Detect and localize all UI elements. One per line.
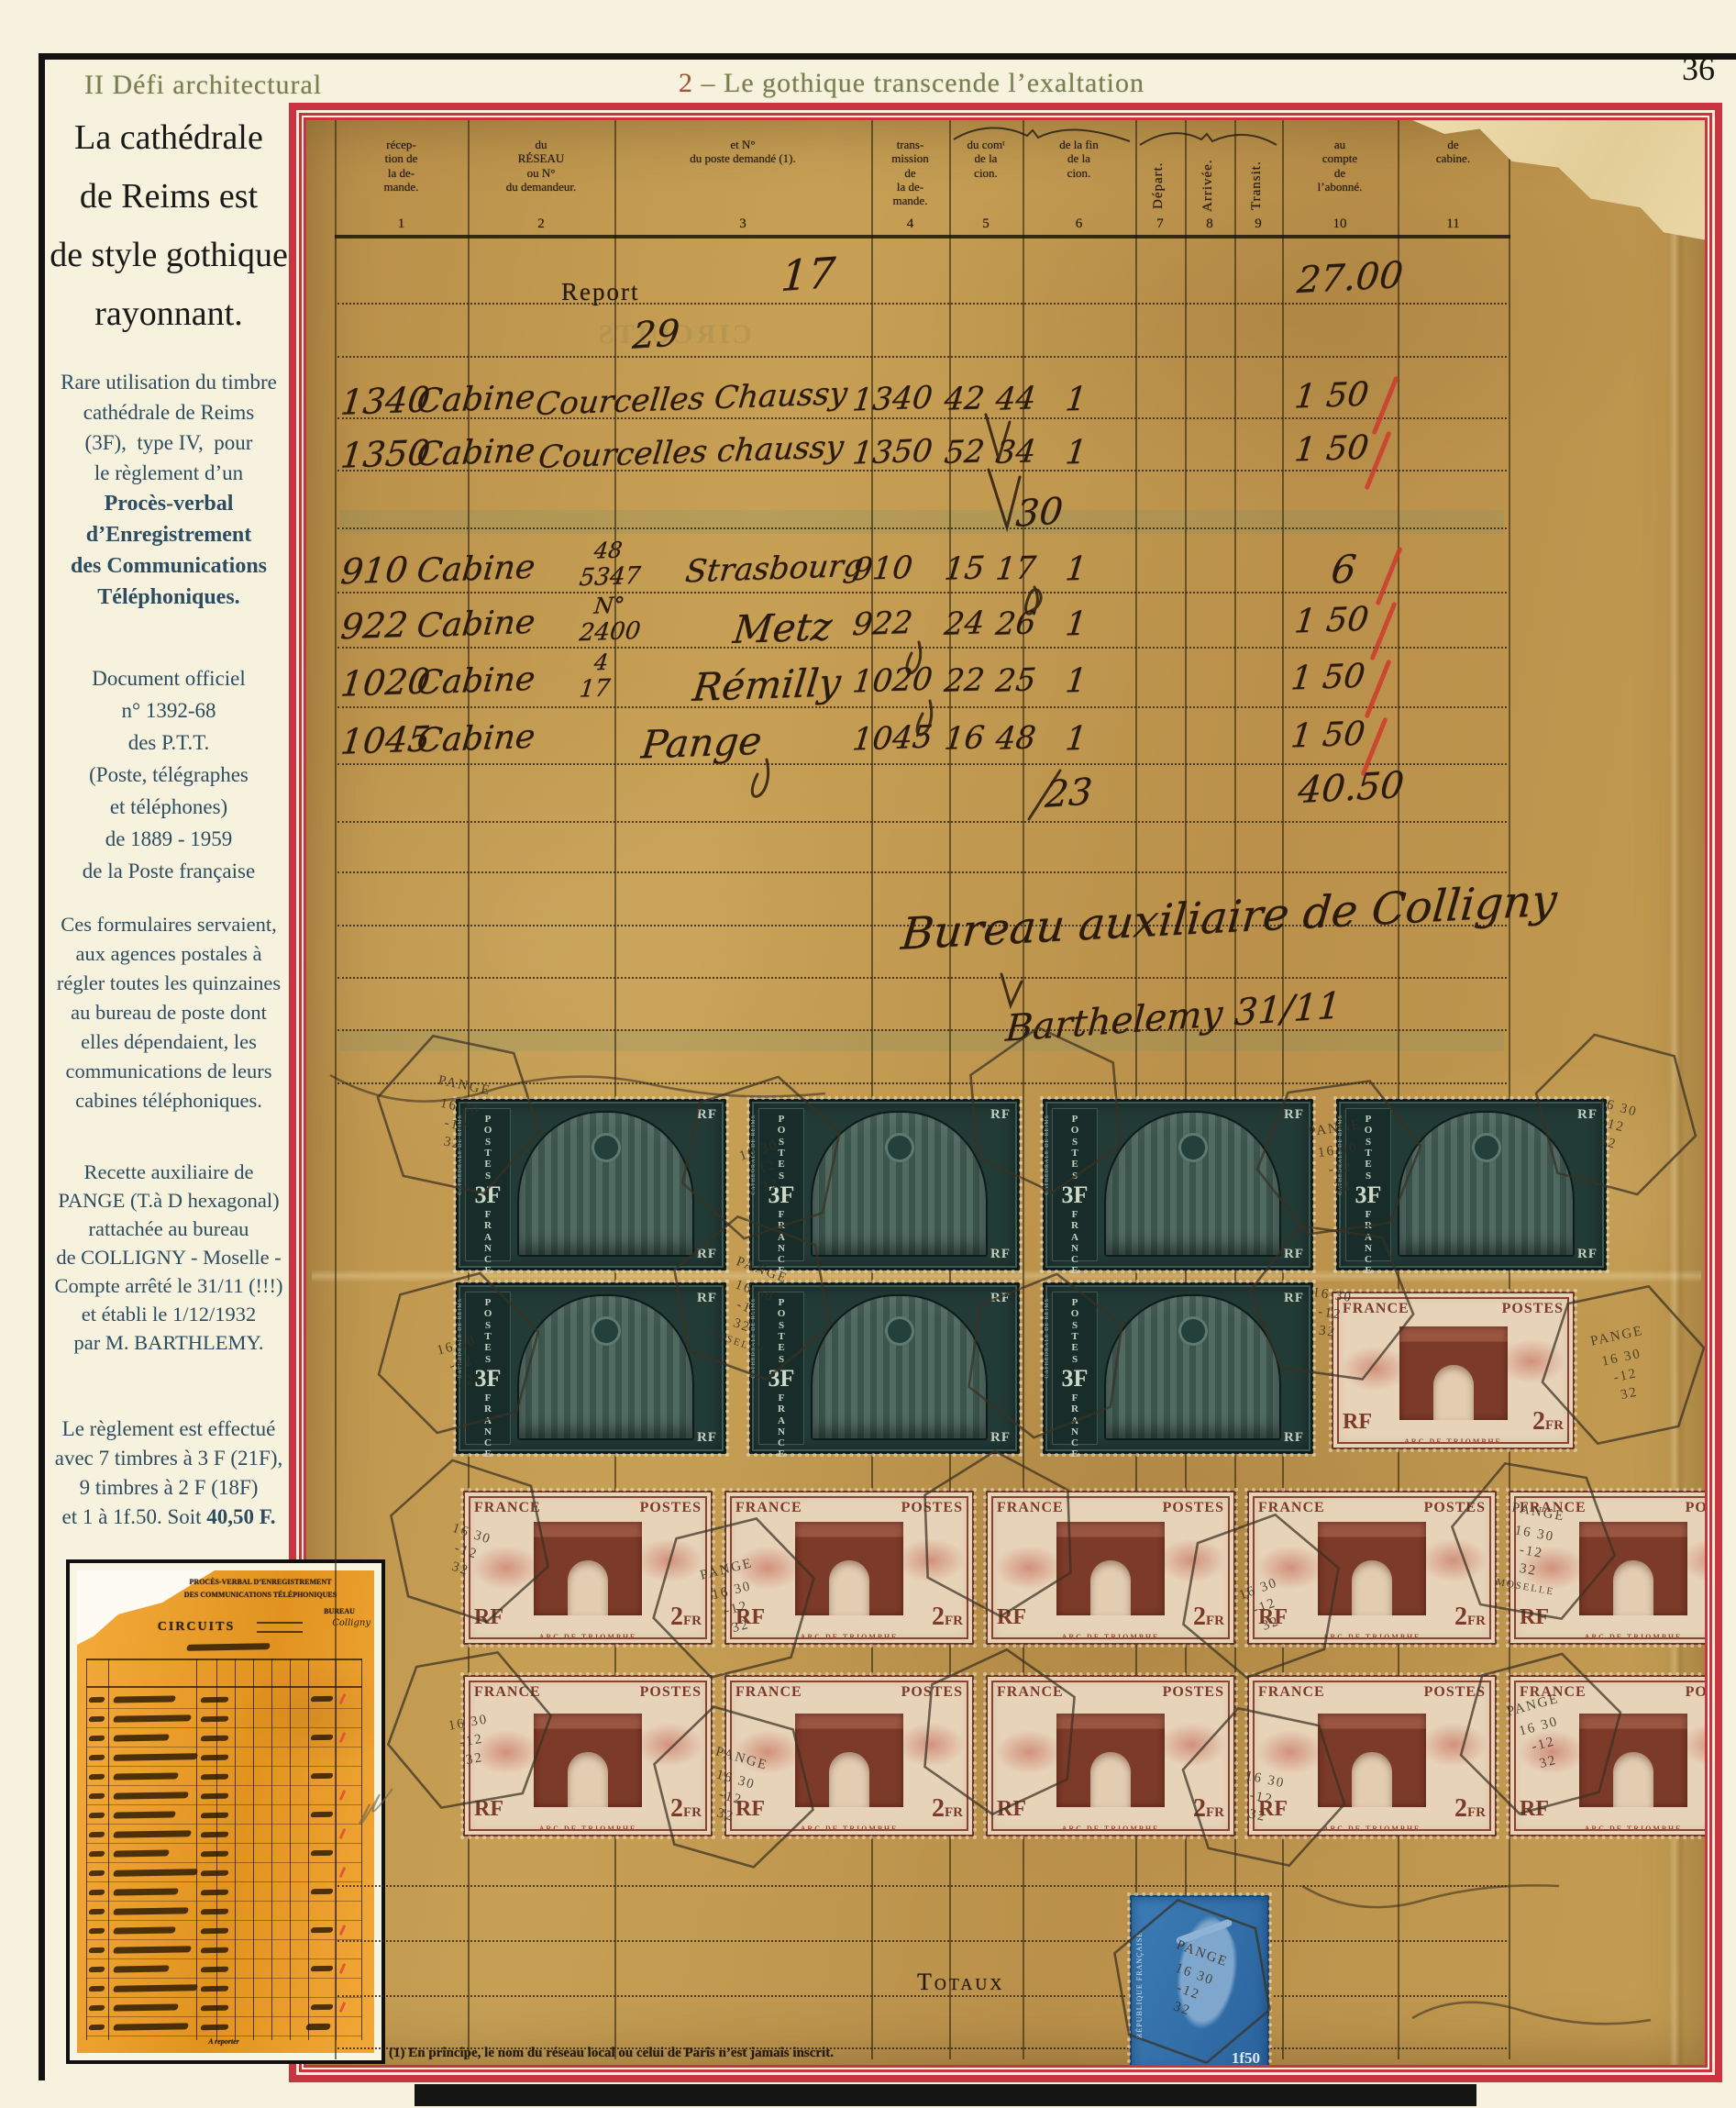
postmark-hour: 16 30 xyxy=(1311,1285,1354,1305)
thumbnail-detail xyxy=(200,1716,229,1723)
postmark-town: PANGE xyxy=(1510,1501,1566,1525)
sidebar-paragraph-3: Ces formulaires servaient, aux agences p… xyxy=(44,910,293,1115)
thumbnail-detail xyxy=(271,1659,272,2040)
thumbnail-detail xyxy=(113,1965,169,1972)
cancel-squiggles xyxy=(330,1075,1651,2024)
hexagonal-postmark: 16 30 -12 32 xyxy=(376,1646,563,1815)
hexagonal-postmark xyxy=(891,1432,1104,1636)
thumbnail-detail xyxy=(113,1946,192,1953)
postmark-region: MOSELLE xyxy=(1495,1577,1555,1598)
thumbnail-detail xyxy=(200,2025,229,2031)
album-frame-top xyxy=(39,53,1736,60)
postmark-year: 32 xyxy=(1598,1134,1618,1152)
postmark-date: -12 xyxy=(717,1787,744,1808)
thumbnail-detail xyxy=(88,1986,105,1992)
thumbnail-detail xyxy=(113,1772,179,1780)
postmark-date: -12 xyxy=(459,1732,484,1750)
hexagonal-postmark: 16 30 -12 32PANGE xyxy=(636,1509,831,1688)
thumbnail-detail xyxy=(200,1793,229,1800)
thumbnail-detail xyxy=(200,1870,229,1877)
thumbnail-detail xyxy=(113,1907,188,1914)
thumbnail-detail xyxy=(200,1986,229,1992)
page-title-sep: – xyxy=(693,68,724,98)
thumbnail-detail xyxy=(88,1793,105,1799)
postmark-hour: 16 30 xyxy=(1317,1140,1359,1160)
hexagonal-postmark: 16 30 -12 32 xyxy=(1159,1501,1363,1692)
postmark-hour: 16 30 xyxy=(1244,1769,1287,1792)
hexagonal-postmark: 16 30 -12 32PANGE xyxy=(363,1027,555,1202)
thumbnail-detail xyxy=(113,1869,198,1877)
thumbnail-detail xyxy=(113,2023,188,2030)
thumbnail-detail xyxy=(88,1774,105,1780)
thumbnail-detail xyxy=(235,1659,236,2040)
thumbnail-detail xyxy=(186,1643,271,1651)
postmark-date: -12 xyxy=(1612,1366,1639,1385)
cancellation-layer: 16 30 -12 32PANGE16 30 -12 3216 30 -12 3… xyxy=(306,120,1705,2065)
hexagonal-postmark: 16 30 -12 32PANGEMOSELLE xyxy=(1440,1457,1627,1626)
hexagonal-postmark: 16 30 -12 32PANGE xyxy=(1247,1075,1431,1240)
thumbnail-detail xyxy=(200,1813,229,1819)
postmark-year: 32 xyxy=(1519,1561,1538,1579)
hexagonal-postmark xyxy=(940,1010,1150,1209)
thumbnail-detail xyxy=(200,1928,229,1935)
album-page: II Défi architectural 2 – Le gothique tr… xyxy=(0,0,1736,2108)
thumbnail-detail xyxy=(200,1736,229,1742)
sidebar-paragraph-5: Le règlement est effectué avec 7 timbres… xyxy=(44,1415,293,1532)
thumbnail-detail xyxy=(113,1714,192,1722)
thumbnail-detail xyxy=(86,1659,87,2040)
postmark-region: MOSELLE xyxy=(706,1326,766,1357)
thumbnail-detail xyxy=(88,1697,105,1703)
thumbnail-detail xyxy=(88,1851,105,1857)
thumbnail-detail xyxy=(88,1870,105,1876)
thumbnail-detail xyxy=(200,1890,229,1896)
postmark-year: 32 xyxy=(759,1176,780,1195)
thumbnail-detail xyxy=(200,1774,229,1781)
page-title-text: Le gothique transcende l’exaltation xyxy=(724,68,1144,98)
sidebar-paragraph-4: Recette auxiliaire de PANGE (T.à D hexag… xyxy=(44,1158,293,1357)
thumbnail-detail xyxy=(113,1695,175,1703)
postmark-town: PANGE xyxy=(437,1073,492,1099)
postmark-hour: 16 30 xyxy=(439,1096,481,1119)
postmark-date: -12 xyxy=(452,1541,480,1562)
postmark-hour: 16 30 xyxy=(1518,1714,1560,1739)
document-red-frame: 16 30 -12 32PANGE16 30 -12 3216 30 -12 3… xyxy=(289,103,1722,2082)
thumbnail-detail xyxy=(88,1736,105,1741)
postmark-hour: 16 30 xyxy=(711,1579,753,1603)
thumbnail-detail xyxy=(200,1851,229,1858)
sidebar-headline: La cathédrale de Reims est de style goth… xyxy=(44,108,293,343)
thumbnail-detail xyxy=(88,1947,105,1953)
postmark-date: -12 xyxy=(448,1353,474,1373)
thumbnail-detail xyxy=(88,1928,105,1934)
postmark-date: -12 xyxy=(443,1115,470,1135)
hexagonal-postmark: 16 30 -12 32PANGE xyxy=(1090,1886,1294,2065)
sidebar-paragraph-1: Rare utilisation du timbre cathédrale de… xyxy=(44,367,293,613)
page-title-number: 2 xyxy=(679,68,693,98)
chapter-heading: II Défi architectural xyxy=(84,70,322,101)
thumbnail-detail xyxy=(113,1811,175,1818)
postmark-year: 32 xyxy=(731,1315,752,1336)
postmark-date: -12 xyxy=(1328,1159,1354,1177)
thumbnail-detail xyxy=(108,1659,109,2040)
thumbnail-detail xyxy=(196,1659,197,2040)
thumbnail-detail xyxy=(88,1967,105,1972)
hexagonal-postmark xyxy=(894,1632,1104,1831)
hexagonal-postmark: 16 30 -12 32PANGEMOSELLE xyxy=(650,1203,854,1393)
postmark-year: 32 xyxy=(1247,1807,1267,1825)
thumbnail-detail xyxy=(88,1909,105,1914)
sidebar-paragraph-5-total: 40,50 F. xyxy=(206,1505,275,1528)
thumbnail-detail xyxy=(200,1755,229,1761)
postmark-year: 32 xyxy=(1260,1614,1281,1634)
postmark-year: 32 xyxy=(1620,1385,1640,1403)
thumbnail-detail xyxy=(290,1659,291,2040)
thumbnail-detail xyxy=(88,2005,105,2011)
thumbnail-detail xyxy=(200,1832,229,1838)
telephone-register-document: 16 30 -12 32PANGE16 30 -12 3216 30 -12 3… xyxy=(306,120,1705,2065)
postmark-hour: 16 30 xyxy=(1513,1523,1555,1544)
postmark-year: 32 xyxy=(1333,1178,1353,1194)
postmark-year: 32 xyxy=(1538,1753,1558,1771)
thumbnail-detail xyxy=(113,1830,192,1837)
postmark-hour: 16 30 xyxy=(436,1334,478,1359)
hexagonal-postmark: 16 30 -12 32 xyxy=(369,1448,569,1635)
postmark-hour: 16 30 xyxy=(1600,1347,1642,1370)
postmark-year: 32 xyxy=(731,1617,751,1636)
hexagonal-postmark: 16 30 -12 32 xyxy=(1240,1220,1423,1385)
thumbnail-detail xyxy=(113,1888,179,1895)
thumbnail-detail xyxy=(113,1926,175,1934)
postmark-hour: 16 30 xyxy=(448,1712,490,1733)
postmark-date: -12 xyxy=(1599,1115,1626,1135)
postmark-date: -12 xyxy=(1248,1788,1275,1807)
hexagonal-postmark: 16 30 -12 32 xyxy=(1168,1700,1360,1874)
postmark-year: 32 xyxy=(442,1135,462,1153)
postmark-year: 32 xyxy=(465,1750,484,1768)
postmark-date: -12 xyxy=(751,1158,779,1179)
postmark-date: -12 xyxy=(1317,1304,1343,1322)
postmark-date: -12 xyxy=(1519,1543,1544,1561)
thumbnail-detail xyxy=(253,1659,254,2040)
thumbnail-detail xyxy=(113,1792,188,1799)
thumbnail-detail xyxy=(200,2005,229,2012)
thumbnail-detail xyxy=(88,1832,105,1837)
thumbnail-detail xyxy=(88,2025,105,2030)
thumbnail-detail xyxy=(113,1753,198,1761)
postmark-year: 32 xyxy=(715,1805,736,1825)
hexagonal-postmark: 16 30 -12 32PANGE xyxy=(1528,1278,1705,1452)
pen-flourishes xyxy=(752,415,1060,1005)
postmark-town: PANGE xyxy=(1307,1117,1362,1139)
hexagonal-postmark xyxy=(942,1259,1148,1453)
hexagonal-postmark: 16 30 -12 32 xyxy=(360,1262,557,1443)
hexagonal-postmark: 16 30 -12 32 xyxy=(1518,1024,1705,1204)
postmark-year: 32 xyxy=(456,1372,476,1391)
thumbnail-circuits-label: CIRCUITS xyxy=(141,1620,251,1635)
postmark-date: -12 xyxy=(723,1599,749,1619)
page-number: 36 xyxy=(1682,50,1715,88)
thumbnail-detail xyxy=(88,1755,105,1760)
postmark-year: 32 xyxy=(1171,1999,1192,2019)
sidebar-paragraph-1-text: Rare utilisation du timbre cathédrale de… xyxy=(61,371,277,484)
thumbnail-detail xyxy=(200,1697,229,1703)
page-title: 2 – Le gothique transcende l’exaltation xyxy=(679,68,1144,99)
hexagonal-postmark: 16 30 -12 32PANGE xyxy=(635,1695,833,1879)
thumbnail-detail xyxy=(88,1716,105,1722)
thumbnail-detail xyxy=(113,1849,169,1857)
postmark-year: 32 xyxy=(450,1559,471,1579)
thumbnail-detail xyxy=(113,2003,179,2011)
album-frame-bottom xyxy=(415,2084,1476,2106)
thumbnail-detail xyxy=(88,1890,105,1895)
hexagonal-postmark: 16 30 -12 32PANGE xyxy=(1443,1643,1639,1824)
thumbnail-detail xyxy=(200,1909,229,1915)
thumbnail-detail xyxy=(200,1947,229,1954)
postmark-year: 32 xyxy=(1318,1323,1337,1339)
thumbnail-detail xyxy=(88,1813,105,1818)
thumbnail-footer: A reporter xyxy=(169,2037,279,2046)
sidebar-paragraph-2: Document officiel n° 1392-68 des P.T.T. … xyxy=(44,662,293,887)
sidebar-paragraph-1-bold: Procès-verbal d’Enregistrement des Commu… xyxy=(71,492,267,609)
thumbnail-detail xyxy=(113,1734,169,1741)
postmark-town: PANGE xyxy=(1589,1324,1645,1349)
thumbnail-detail xyxy=(113,1984,198,1992)
thumbnail-detail xyxy=(200,1967,229,1973)
postmark-date: -12 xyxy=(1530,1734,1556,1754)
